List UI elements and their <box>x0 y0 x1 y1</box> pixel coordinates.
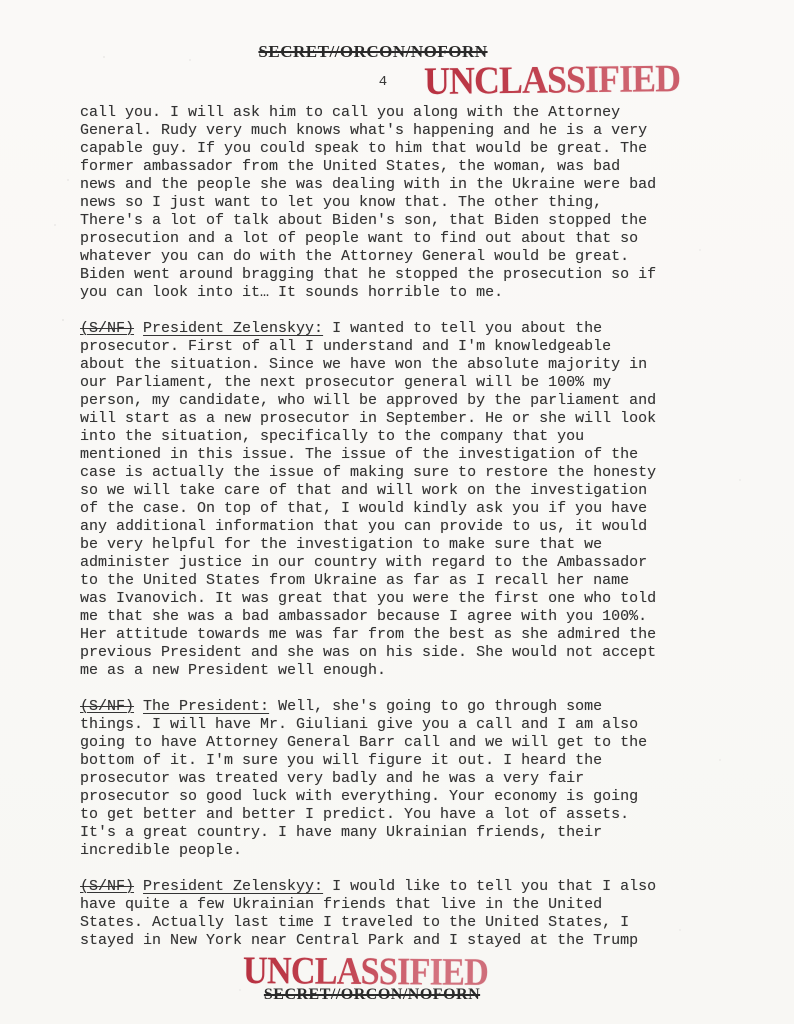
scanned-memo-page: { "header": { "classification": "SECRET/… <box>0 0 794 1024</box>
paragraph: (S/NF) The President: Well, she's going … <box>80 698 720 860</box>
classification-marker: (S/NF) <box>80 878 134 895</box>
classification-marker: (S/NF) <box>80 698 134 715</box>
unclassified-stamp-top: UNCLASSIFIED <box>424 59 680 101</box>
document-body: call you. I will ask him to call you alo… <box>80 104 720 968</box>
classification-marker: (S/NF) <box>80 320 134 337</box>
paragraph: call you. I will ask him to call you alo… <box>80 104 720 302</box>
paragraph: (S/NF) President Zelenskyy: I would like… <box>80 878 720 950</box>
speaker-label: The President: <box>143 698 269 715</box>
speaker-label: President Zelenskyy: <box>143 878 323 895</box>
speaker-label: President Zelenskyy: <box>143 320 323 337</box>
classification-banner-bottom: SECRET//ORCON/NOFORN <box>0 986 769 1004</box>
paragraph: (S/NF) President Zelenskyy: I wanted to … <box>80 320 720 680</box>
